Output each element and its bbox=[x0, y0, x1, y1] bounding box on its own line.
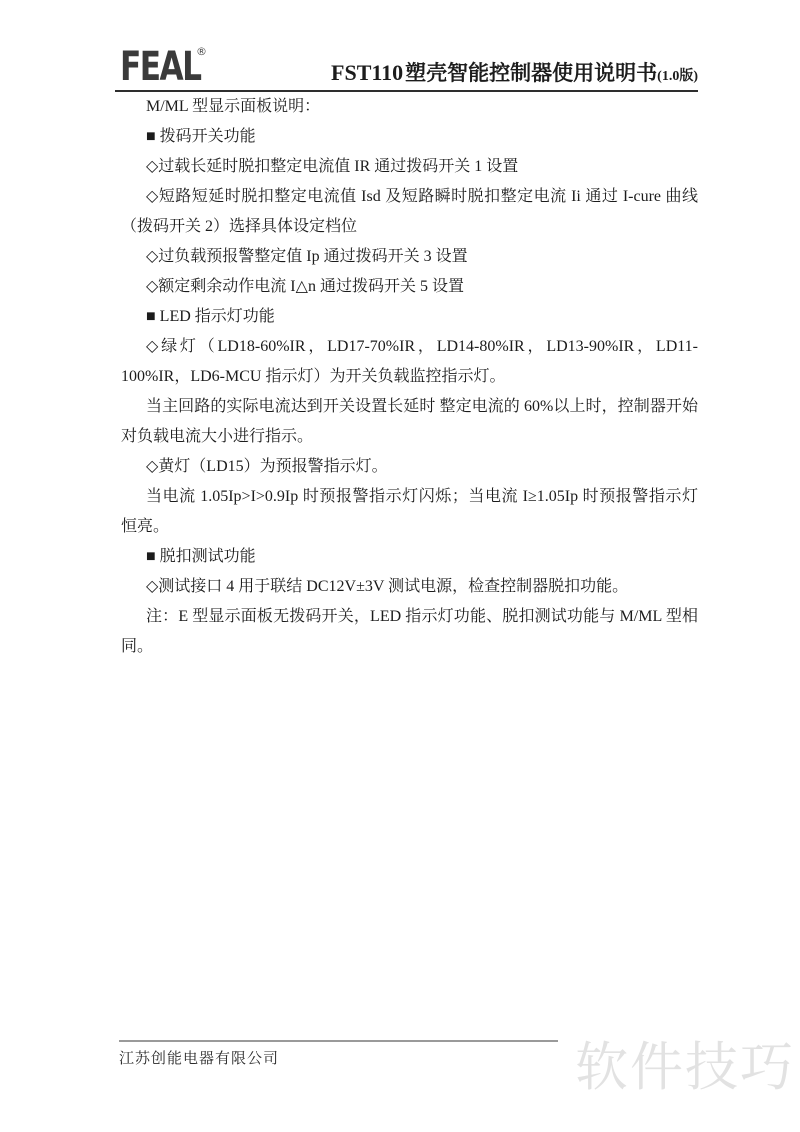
paragraph: ◇额定剩余动作电流 I△n 通过拨码开关 5 设置 bbox=[121, 272, 698, 302]
footer-divider bbox=[119, 1040, 558, 1042]
document-title-name: 塑壳智能控制器使用说明书 bbox=[405, 61, 657, 85]
manual-page: FEAL ® FST110塑壳智能控制器使用说明书(1.0版) M/ML 型显示… bbox=[0, 0, 800, 1132]
paragraph: ■ 拨码开关功能 bbox=[121, 122, 698, 152]
document-title-version: (1.0版) bbox=[657, 69, 698, 84]
paragraph: 当主回路的实际电流达到开关设置长延时 整定电流的 60%以上时，控制器开始对负载… bbox=[121, 392, 698, 452]
document-title: FST110塑壳智能控制器使用说明书(1.0版) bbox=[331, 57, 698, 87]
paragraph: 注：E 型显示面板无拨码开关，LED 指示灯功能、脱扣测试功能与 M/ML 型相… bbox=[121, 602, 698, 662]
page-header: FEAL ® FST110塑壳智能控制器使用说明书(1.0版) bbox=[115, 0, 698, 92]
paragraph: ◇黄灯（LD15）为预报警指示灯。 bbox=[121, 452, 698, 482]
document-body: M/ML 型显示面板说明：■ 拨码开关功能◇过载长延时脱扣整定电流值 IR 通过… bbox=[121, 92, 698, 662]
page-footer: 江苏创能电器有限公司 bbox=[119, 1040, 558, 1068]
company-name: 江苏创能电器有限公司 bbox=[119, 1047, 558, 1068]
document-title-model: FST110 bbox=[331, 60, 403, 85]
brand-logo: FEAL ® bbox=[120, 49, 223, 85]
paragraph: M/ML 型显示面板说明： bbox=[121, 92, 698, 122]
paragraph: ■ LED 指示灯功能 bbox=[121, 302, 698, 332]
paragraph: ■ 脱扣测试功能 bbox=[121, 542, 698, 572]
brand-logo-text: FEAL bbox=[120, 49, 200, 85]
paragraph: ◇过载长延时脱扣整定电流值 IR 通过拨码开关 1 设置 bbox=[121, 152, 698, 182]
paragraph: 当电流 1.05Ip>I>0.9Ip 时预报警指示灯闪烁；当电流 I≥1.05I… bbox=[121, 482, 698, 542]
paragraph: ◇过负载预报警整定值 Ip 通过拨码开关 3 设置 bbox=[121, 242, 698, 272]
paragraph: ◇绿灯（LD18-60%IR，LD17-70%IR，LD14-80%IR，LD1… bbox=[121, 332, 698, 392]
registered-trademark-icon: ® bbox=[196, 45, 207, 58]
paragraph: ◇测试接口 4 用于联结 DC12V±3V 测试电源，检查控制器脱扣功能。 bbox=[121, 572, 698, 602]
watermark-text: 软件技巧 bbox=[575, 1038, 795, 1098]
paragraph: ◇短路短延时脱扣整定电流值 Isd 及短路瞬时脱扣整定电流 Ii 通过 I-cu… bbox=[121, 182, 698, 242]
